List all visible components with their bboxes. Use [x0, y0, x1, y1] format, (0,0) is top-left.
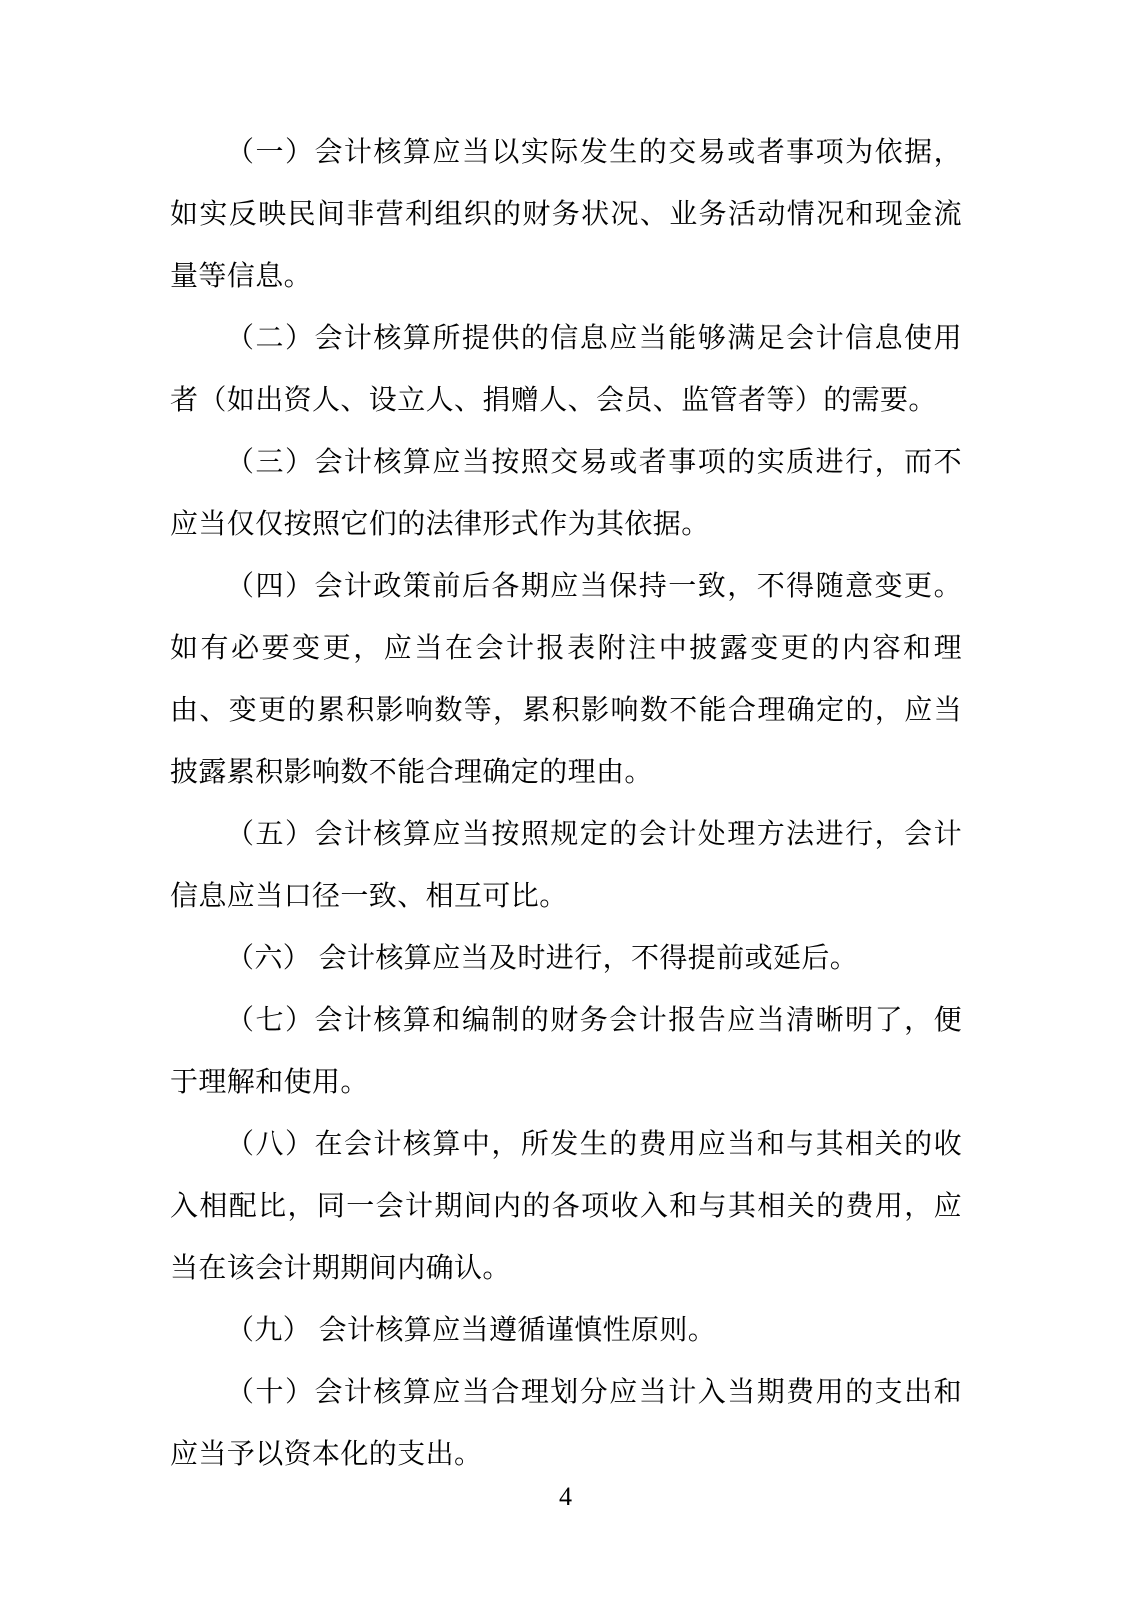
paragraph-item-8: （八）在会计核算中，所发生的费用应当和与其相关的收入相配比，同一会计期间内的各项…	[170, 1114, 962, 1300]
paragraph-item-10: （十）会计核算应当合理划分应当计入当期费用的支出和应当予以资本化的支出。	[170, 1362, 962, 1486]
paragraph-item-5: （五）会计核算应当按照规定的会计处理方法进行，会计信息应当口径一致、相互可比。	[170, 804, 962, 928]
paragraph-item-2: （二）会计核算所提供的信息应当能够满足会计信息使用者（如出资人、设立人、捐赠人、…	[170, 308, 962, 432]
paragraph-item-6: （六） 会计核算应当及时进行，不得提前或延后。	[170, 928, 962, 990]
paragraph-item-3: （三）会计核算应当按照交易或者事项的实质进行，而不应当仅仅按照它们的法律形式作为…	[170, 432, 962, 556]
page-footer: 4	[0, 1480, 1131, 1514]
page-number: 4	[559, 1482, 572, 1511]
paragraph-item-9: （九） 会计核算应当遵循谨慎性原则。	[170, 1300, 962, 1362]
document-body: （一）会计核算应当以实际发生的交易或者事项为依据，如实反映民间非营利组织的财务状…	[170, 122, 962, 1486]
paragraph-item-1: （一）会计核算应当以实际发生的交易或者事项为依据，如实反映民间非营利组织的财务状…	[170, 122, 962, 308]
paragraph-item-7: （七）会计核算和编制的财务会计报告应当清晰明了，便于理解和使用。	[170, 990, 962, 1114]
paragraph-item-4: （四）会计政策前后各期应当保持一致，不得随意变更。如有必要变更，应当在会计报表附…	[170, 556, 962, 804]
document-page: （一）会计核算应当以实际发生的交易或者事项为依据，如实反映民间非营利组织的财务状…	[0, 0, 1131, 1600]
